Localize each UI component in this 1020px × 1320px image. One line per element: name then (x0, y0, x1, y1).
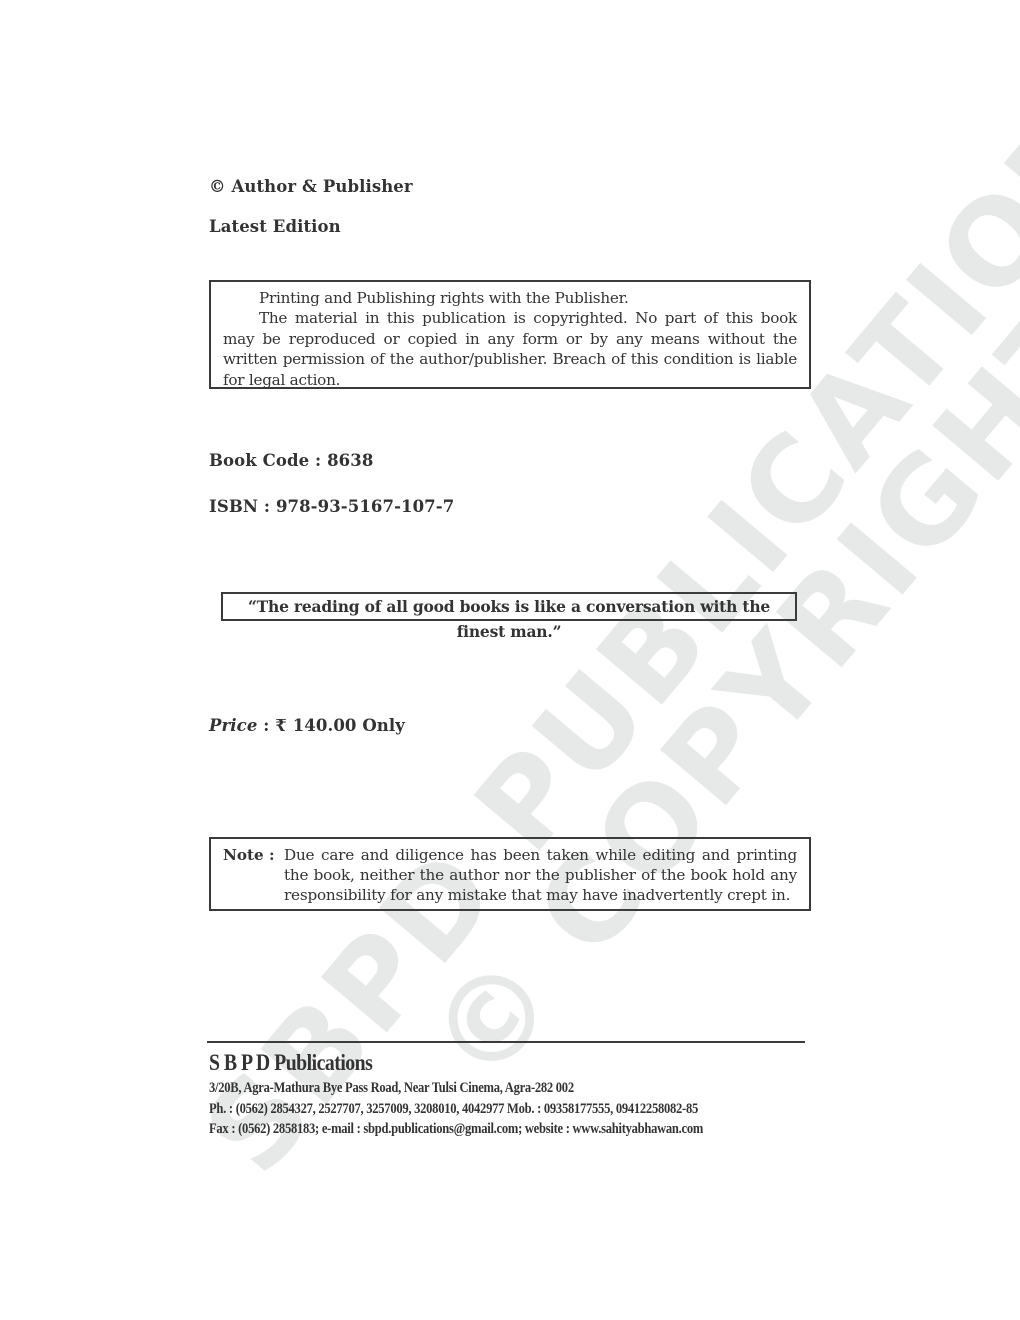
copyright-paragraph: The material in this publication is copy… (223, 308, 797, 390)
note-box: Note : Due care and diligence has been t… (209, 837, 811, 911)
publisher-phone: Ph. : (0562) 2854327, 2527707, 3257009, … (209, 1101, 698, 1118)
publisher-contact: Fax : (0562) 2858183; e-mail : sbpd.publ… (209, 1121, 703, 1138)
quote-box: “The reading of all good books is like a… (221, 592, 797, 621)
rights-notice-box: Printing and Publishing rights with the … (209, 280, 811, 389)
price-value: : ₹ 140.00 Only (257, 716, 405, 735)
edition-label: Latest Edition (209, 217, 341, 236)
isbn: ISBN : 978-93-5167-107-7 (209, 497, 454, 516)
copyright-holder: © Author & Publisher (209, 177, 413, 196)
note-text: Due care and diligence has been taken wh… (284, 845, 797, 909)
price-line: Price : ₹ 140.00 Only (209, 716, 405, 735)
quote-text: “The reading of all good books is like a… (248, 597, 770, 641)
price-label: Price (209, 716, 257, 735)
note-label: Note : (223, 845, 284, 909)
publisher-address: 3/20B, Agra-Mathura Bye Pass Road, Near … (209, 1080, 574, 1097)
footer-divider (207, 1041, 805, 1043)
book-code: Book Code : 8638 (209, 451, 373, 470)
rights-statement: Printing and Publishing rights with the … (223, 288, 797, 308)
copyright-page: © Author & Publisher Latest Edition Prin… (0, 0, 1020, 1320)
publisher-name: S B P D Publications (209, 1050, 372, 1076)
